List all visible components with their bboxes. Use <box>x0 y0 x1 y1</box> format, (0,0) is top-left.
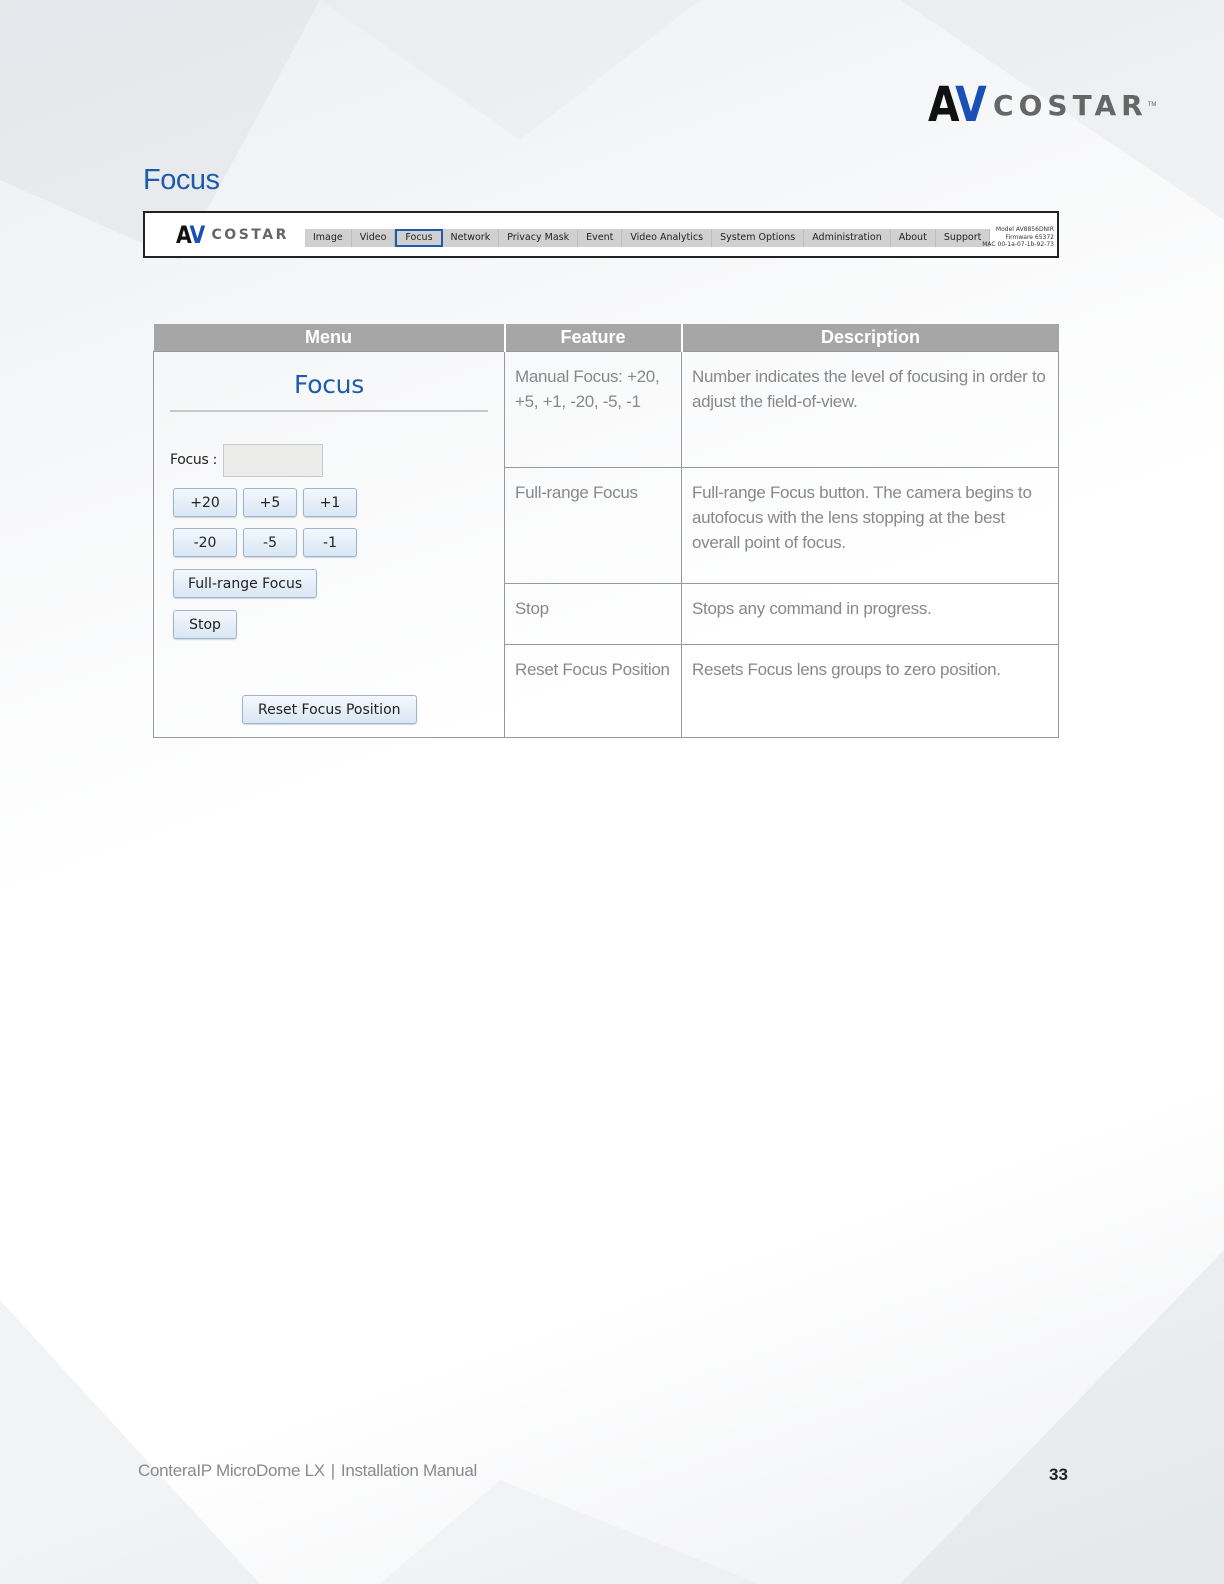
stop-button[interactable]: Stop <box>173 610 237 639</box>
camera-web-navbar: AV COSTAR Image Video Focus Network Priv… <box>143 211 1059 258</box>
device-mac: MAC 00-1a-07-1b-92-73 <box>982 241 1054 249</box>
tab-privacy-mask[interactable]: Privacy Mask <box>499 229 578 247</box>
description-cell: Number indicates the level of focusing i… <box>682 352 1059 468</box>
device-model: Model AV8856DNIR <box>982 226 1054 234</box>
focus-minus-20-button[interactable]: -20 <box>173 528 237 557</box>
navbar-logo[interactable]: AV COSTAR <box>176 224 289 246</box>
feature-cell: Full-range Focus <box>505 468 682 584</box>
focus-panel-title: Focus <box>154 370 504 400</box>
focus-field-row: Focus : <box>170 444 504 477</box>
plus-buttons-row: +20 +5 +1 <box>173 488 504 517</box>
footer-product: ConteraIP MicroDome LX <box>138 1461 325 1480</box>
tab-about[interactable]: About <box>891 229 936 247</box>
table-header-row: Menu Feature Description <box>154 324 1059 352</box>
header-menu: Menu <box>154 324 505 352</box>
avcostar-logo: AV COSTAR TM <box>928 83 1156 127</box>
feature-cell: Manual Focus: +20, +5, +1, -20, -5, -1 <box>505 352 682 468</box>
header-feature: Feature <box>505 324 682 352</box>
device-info: Model AV8856DNIR Firmware 65372 MAC 00-1… <box>982 226 1054 249</box>
minus-buttons-row: -20 -5 -1 <box>173 528 504 557</box>
focus-minus-1-button[interactable]: -1 <box>303 528 357 557</box>
focus-plus-5-button[interactable]: +5 <box>243 488 297 517</box>
navbar-logo-wordmark: COSTAR <box>212 227 289 243</box>
logo-av-mark: AV <box>928 83 985 127</box>
reset-focus-position-button[interactable]: Reset Focus Position <box>242 695 417 724</box>
footer-doc: Installation Manual <box>341 1461 477 1480</box>
header-description: Description <box>682 324 1059 352</box>
logo-trademark: TM <box>1148 102 1157 108</box>
footer-separator: | <box>331 1461 335 1480</box>
focus-value-field[interactable] <box>223 444 323 477</box>
page-title: Focus <box>143 164 219 197</box>
tab-system-options[interactable]: System Options <box>712 229 804 247</box>
tab-administration[interactable]: Administration <box>804 229 891 247</box>
tab-video-analytics[interactable]: Video Analytics <box>622 229 712 247</box>
stop-row: Stop <box>173 610 504 639</box>
description-cell: Stops any command in progress. <box>682 584 1059 645</box>
logo-wordmark: COSTAR <box>993 89 1148 122</box>
feature-cell: Reset Focus Position <box>505 645 682 738</box>
focus-plus-20-button[interactable]: +20 <box>173 488 237 517</box>
description-cell: Full-range Focus button. The camera begi… <box>682 468 1059 584</box>
tab-focus[interactable]: Focus <box>395 229 442 247</box>
navbar-tabs: Image Video Focus Network Privacy Mask E… <box>305 229 990 247</box>
feature-table: Menu Feature Description Focus Focus : +… <box>153 324 1059 738</box>
tab-image[interactable]: Image <box>305 229 352 247</box>
feature-cell: Stop <box>505 584 682 645</box>
table-row: Focus Focus : +20 +5 +1 -20 -5 -1 Ful <box>154 352 1059 468</box>
page-number: 33 <box>1049 1465 1068 1485</box>
focus-plus-1-button[interactable]: +1 <box>303 488 357 517</box>
full-range-focus-button[interactable]: Full-range Focus <box>173 569 317 598</box>
tab-video[interactable]: Video <box>352 229 396 247</box>
focus-minus-5-button[interactable]: -5 <box>243 528 297 557</box>
description-cell: Resets Focus lens groups to zero positio… <box>682 645 1059 738</box>
tab-network[interactable]: Network <box>443 229 500 247</box>
divider <box>170 410 488 412</box>
focus-field-label: Focus : <box>170 448 217 473</box>
device-firmware: Firmware 65372 <box>982 234 1054 242</box>
full-range-row: Full-range Focus <box>173 569 504 598</box>
menu-panel: Focus Focus : +20 +5 +1 -20 -5 -1 Ful <box>154 352 505 738</box>
tab-event[interactable]: Event <box>578 229 622 247</box>
footer-title: ConteraIP MicroDome LX|Installation Manu… <box>138 1461 477 1481</box>
